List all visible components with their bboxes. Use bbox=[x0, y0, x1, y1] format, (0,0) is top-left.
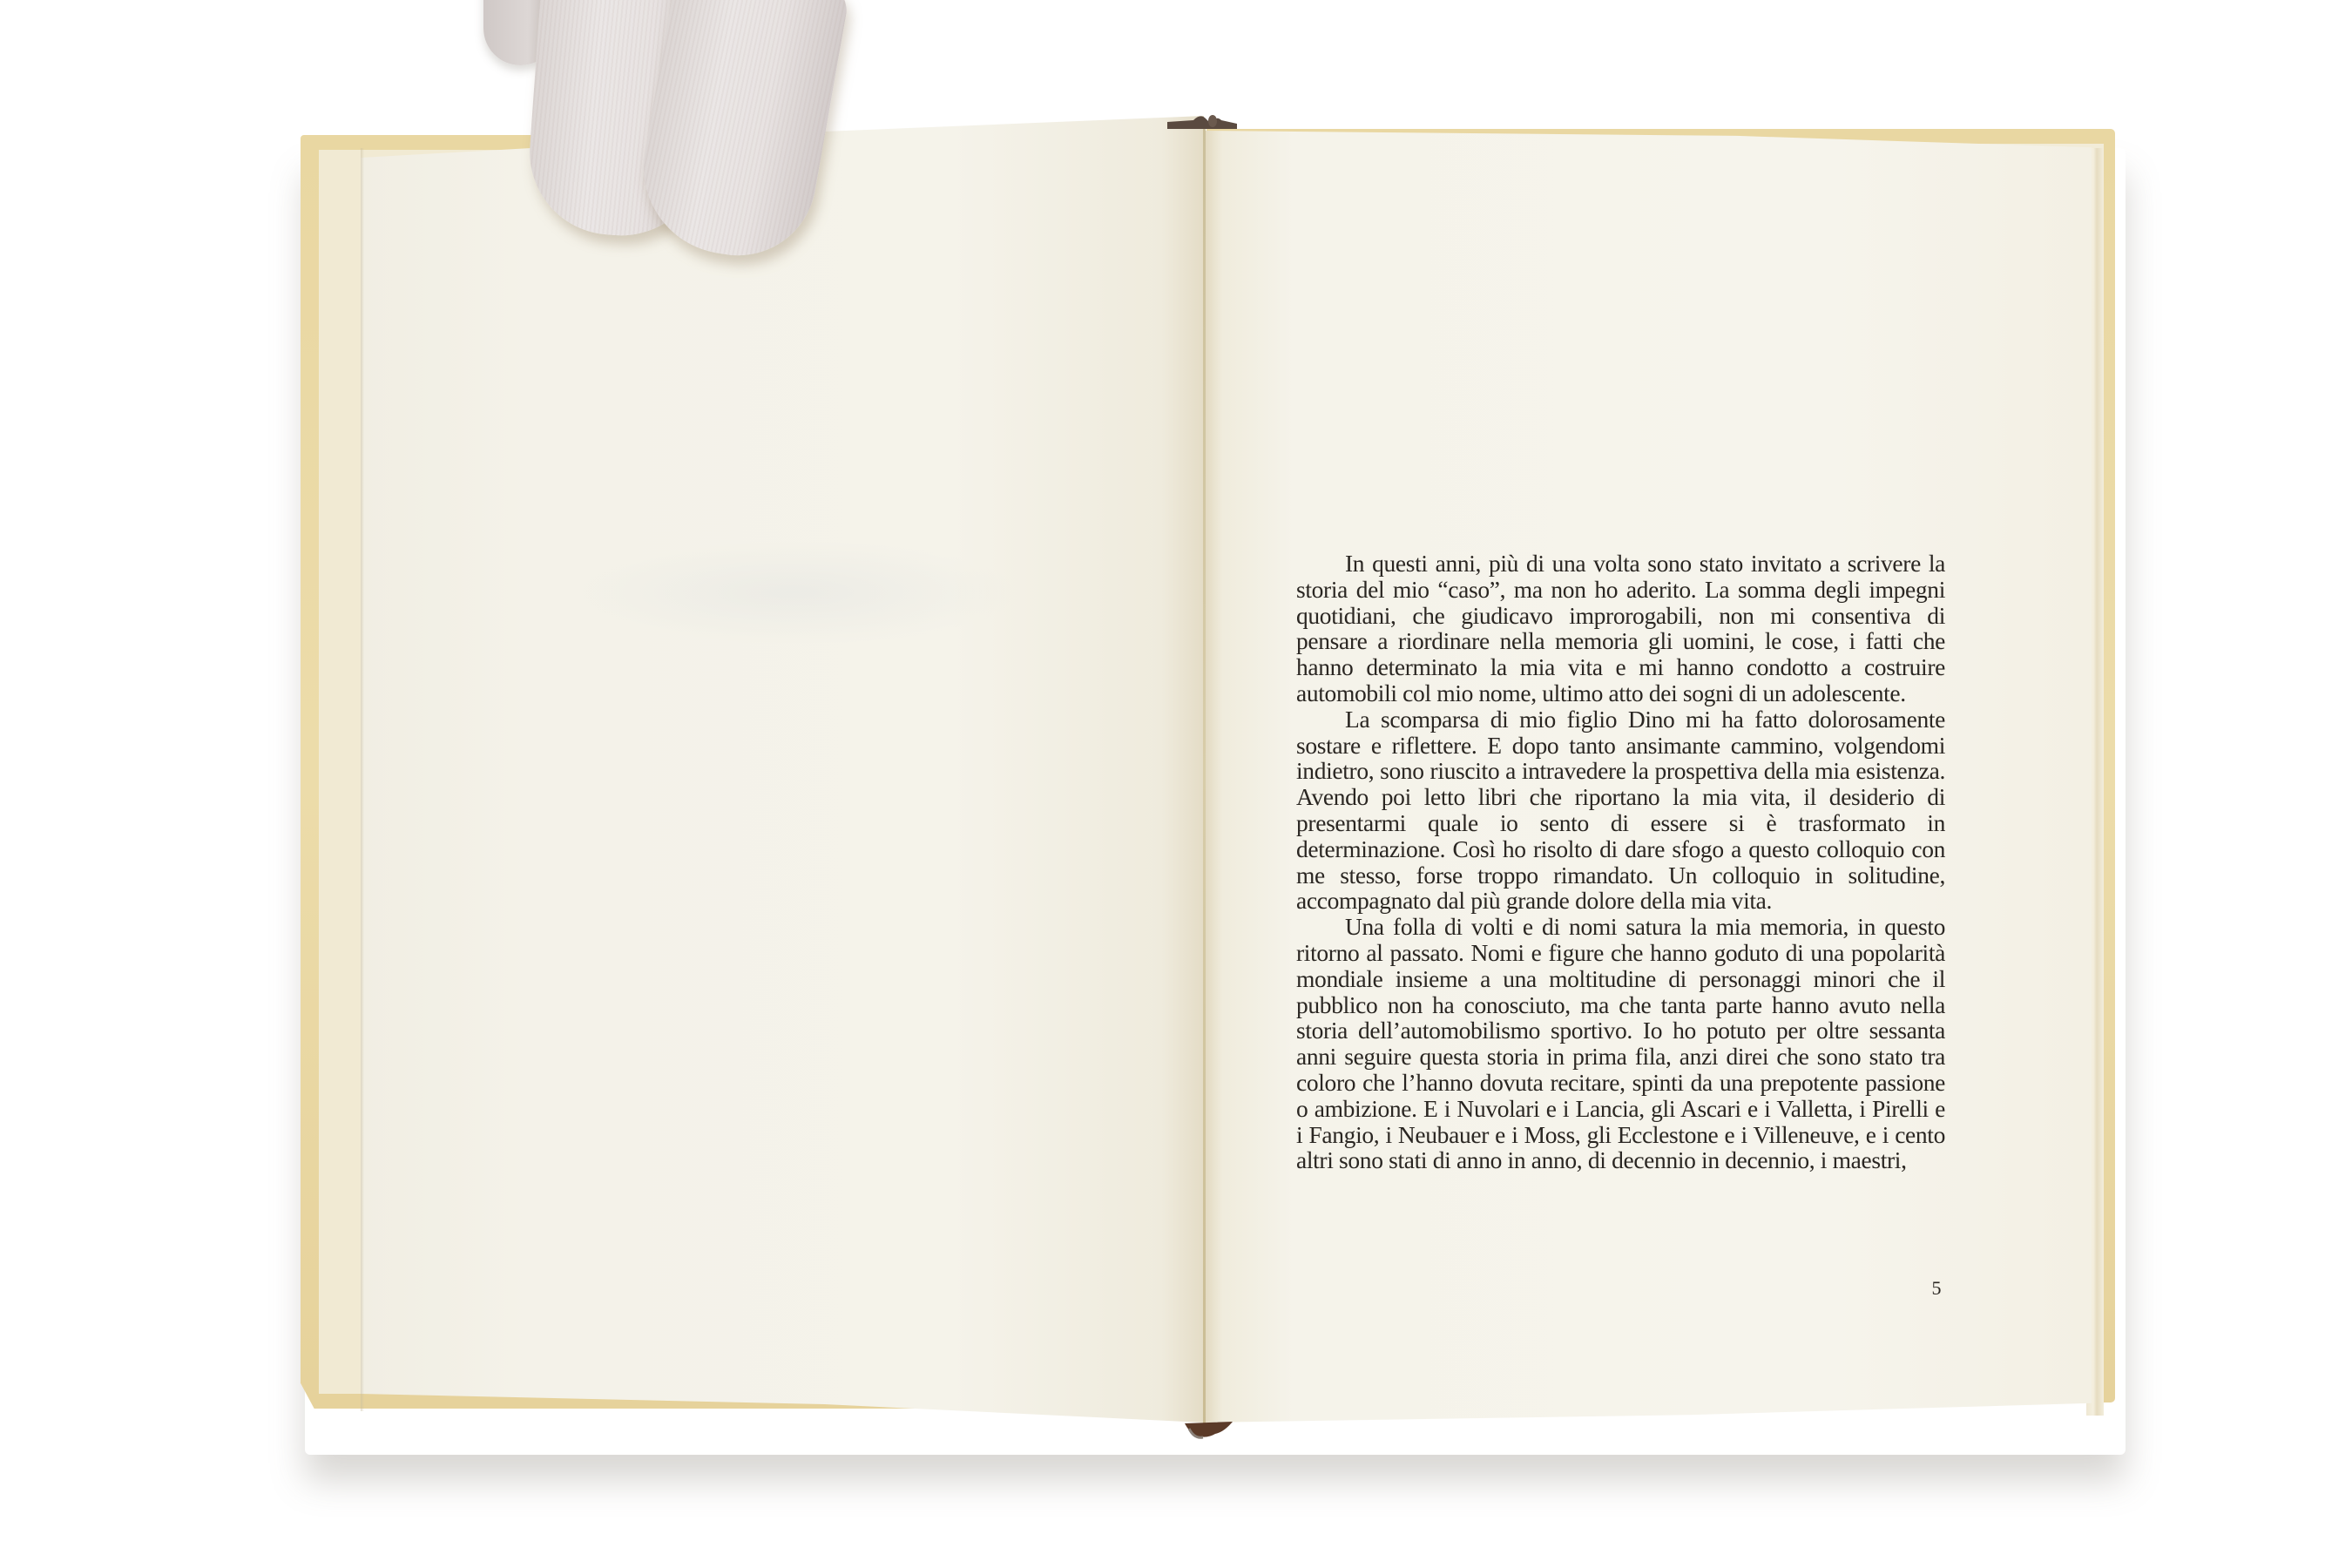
paragraph: Una folla di volti e di nomi satura la m… bbox=[1296, 914, 1945, 1173]
paragraph: La scomparsa di mio figlio Dino mi ha fa… bbox=[1296, 706, 1945, 914]
book-spine bbox=[1203, 122, 1206, 1429]
left-page-fold bbox=[361, 148, 364, 1411]
show-through-shadow bbox=[566, 540, 1019, 645]
headband-icon bbox=[1167, 110, 1237, 129]
left-page bbox=[361, 116, 1204, 1423]
page-number: 5 bbox=[1923, 1277, 1950, 1300]
paragraph: In questi anni, più di una volta sono st… bbox=[1296, 551, 1945, 706]
right-page-text: In questi anni, più di una volta sono st… bbox=[1296, 551, 1945, 1173]
tailband-icon bbox=[1180, 1420, 1241, 1446]
